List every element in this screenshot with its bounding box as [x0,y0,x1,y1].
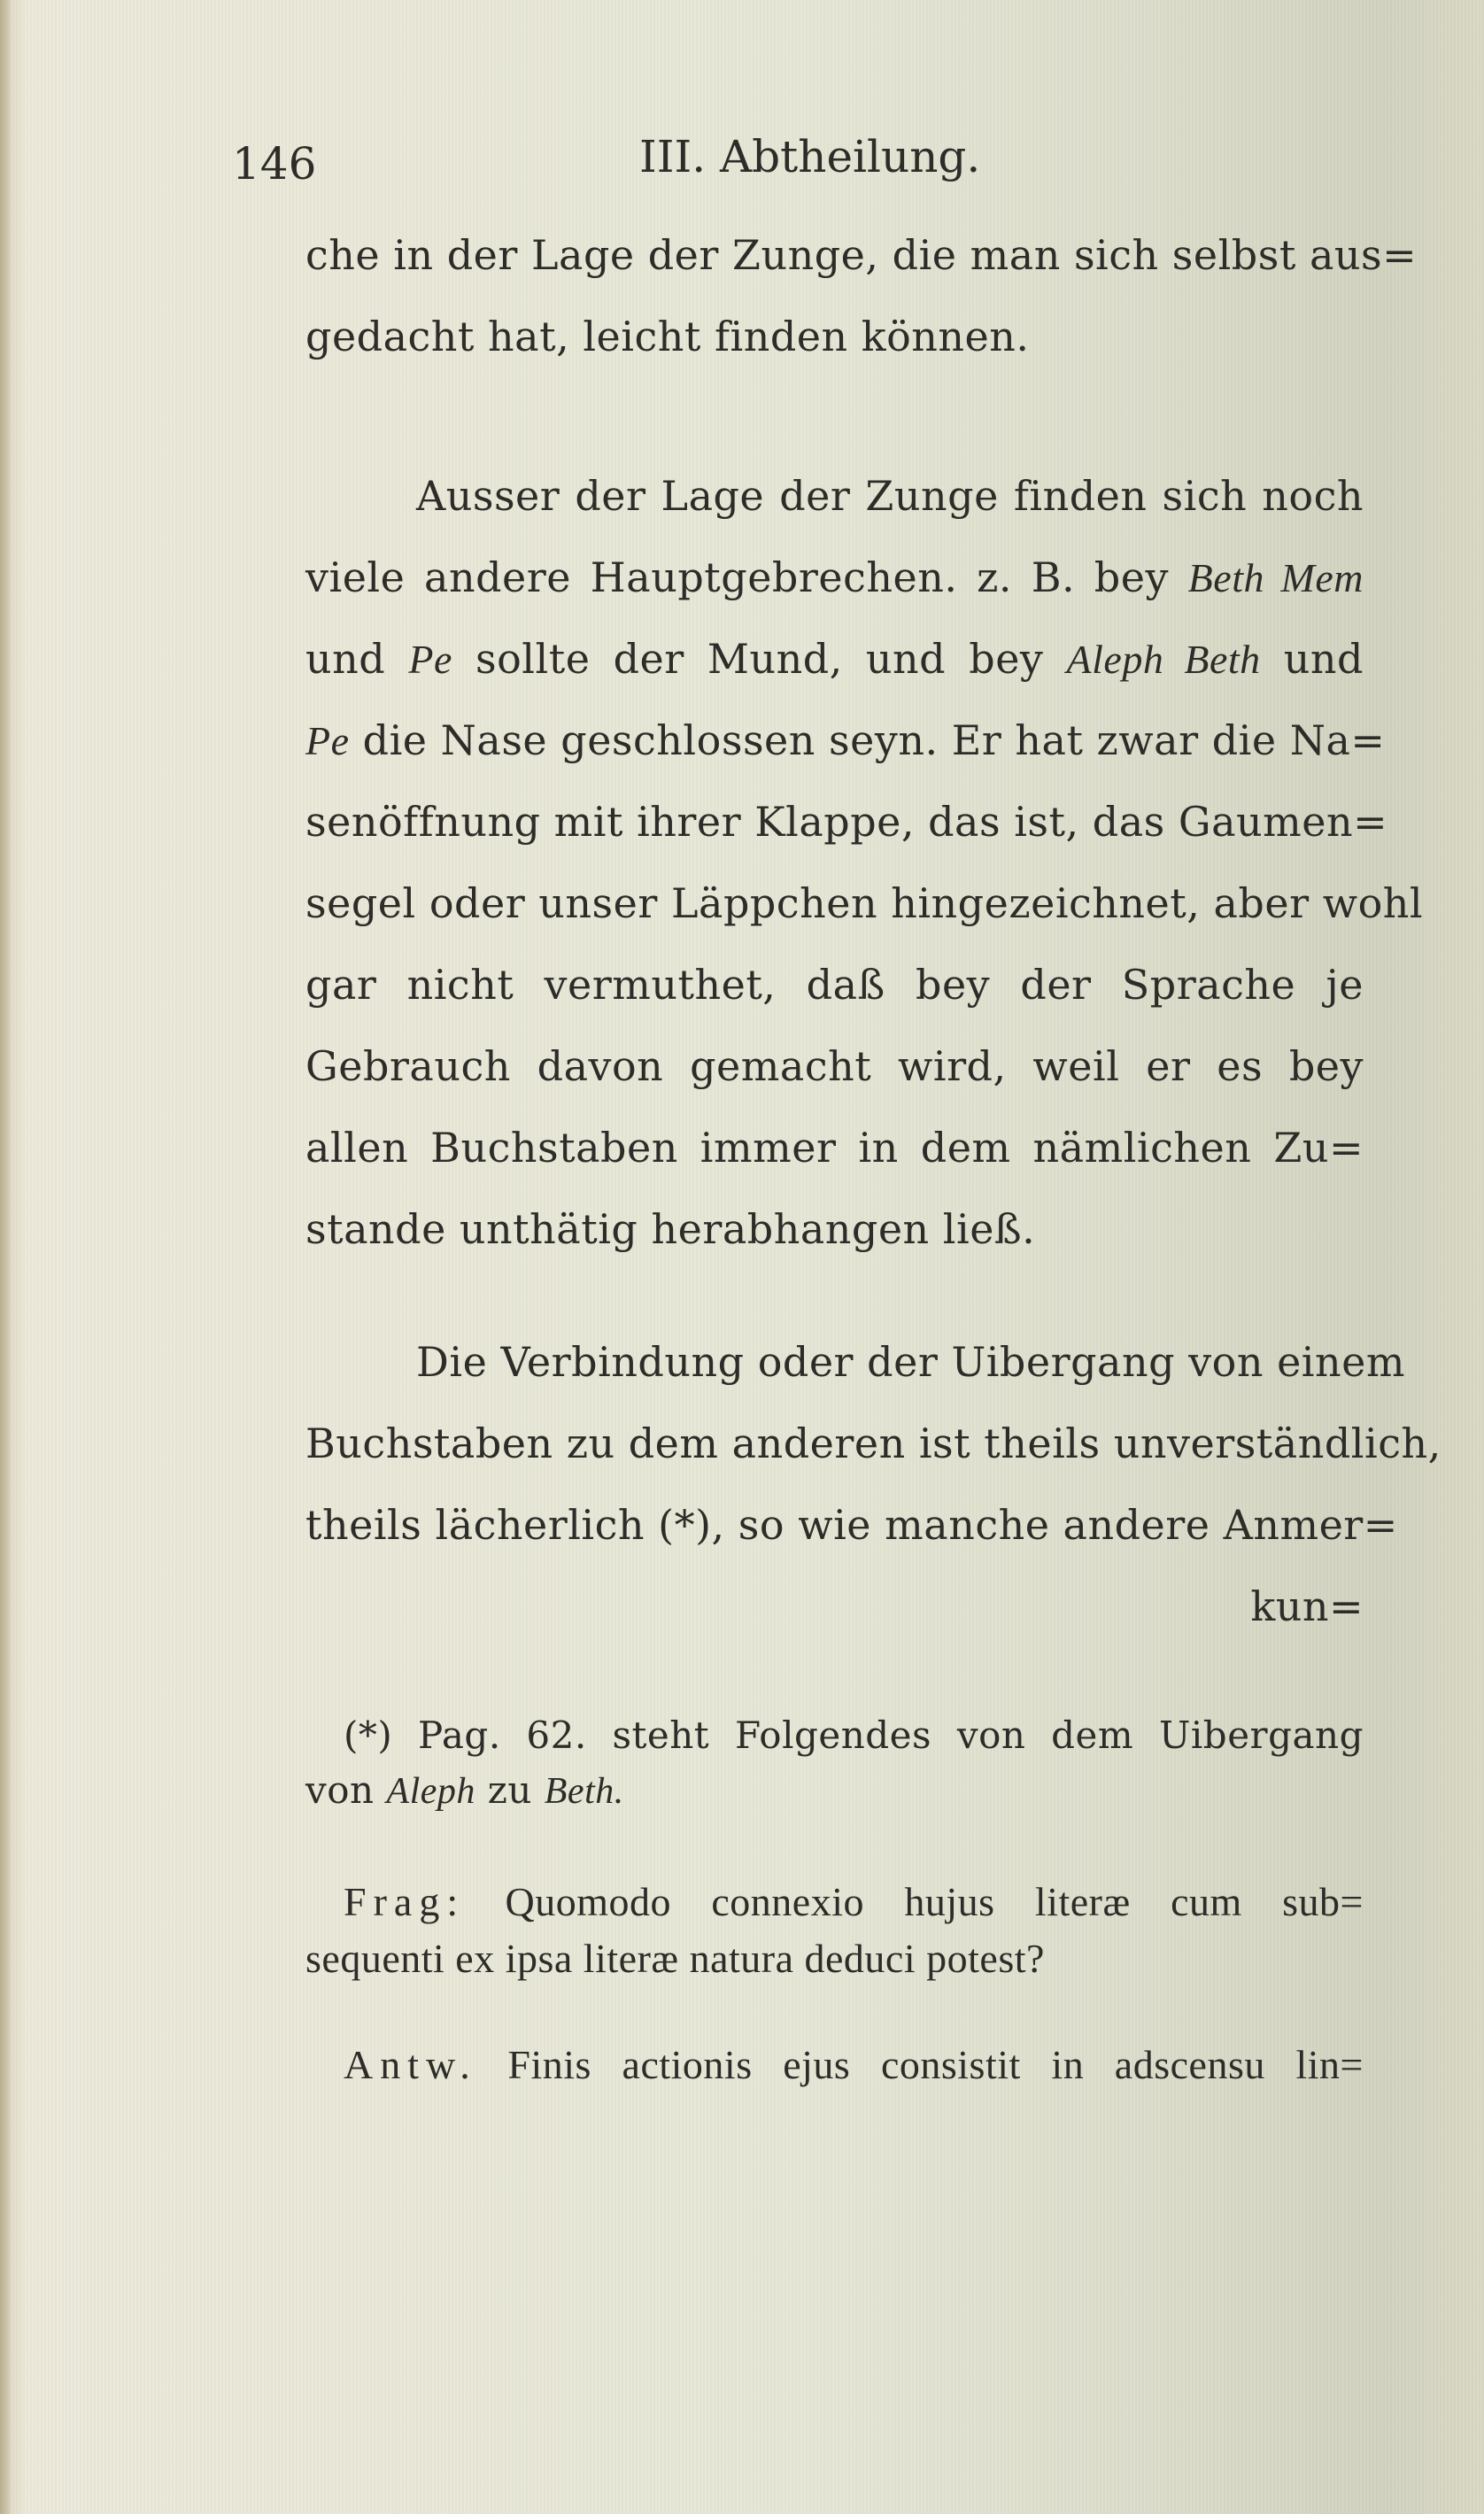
text-line: Die Verbindung oder der Uibergang von ei… [416,1335,1364,1389]
text-line: Buchstaben zu dem anderen ist theils unv… [305,1417,1364,1470]
text-line: viele andere Hauptgebrechen. z. B. bey B… [305,551,1364,605]
text-line: gedacht hat, leicht finden können. [305,310,1364,363]
footnote-answer-line: Antw. Finis actionis ejus consistit in a… [344,2038,1364,2092]
book-page: 146 III. Abtheilung. che in der Lage der… [0,0,1484,2514]
text-line: theils lächerlich (*), so wie manche and… [305,1498,1364,1551]
footnote-line: von Aleph zu Beth. [305,1764,1364,1818]
answer-label: Antw. [344,2042,477,2087]
catchword: kun= [305,1580,1364,1633]
text-line: Ausser der Lage der Zunge finden sich no… [416,469,1364,522]
text-line: senöffnung mit ihrer Klappe, das ist, da… [305,795,1364,848]
text-span: von [305,1768,386,1812]
text-line: segel oder unser Läppchen hingezeichnet,… [305,877,1364,930]
text-span: Quomodo connexio hujus literæ cum sub= [465,1879,1364,1924]
italic-term: Pe [305,718,350,763]
text-span: und [1261,635,1364,683]
text-line: und Pe sollte der Mund, und bey Aleph Be… [305,632,1364,686]
text-line: allen Buchstaben immer in dem nämlichen … [305,1121,1364,1174]
italic-term: Beth Mem [1188,555,1364,600]
italic-term: Aleph [386,1771,475,1812]
footnote-line: (*) Pag. 62. steht Folgendes von dem Uib… [344,1709,1364,1762]
text-span: sollte der Mund, und bey [452,635,1067,683]
italic-term: Pe [408,637,452,682]
text-span: zu [475,1768,545,1812]
text-span: viele andere Hauptgebrechen. z. B. bey [305,553,1188,601]
text-line: gar nicht vermuthet, daß bey der Sprache… [305,958,1364,1011]
page-number: 146 [232,138,316,190]
text-line: Pe die Nase geschlossen seyn. Er hat zwa… [305,714,1364,768]
text-span: die Nase geschlossen seyn. Er hat zwar d… [350,716,1386,764]
page-spine-edge [0,0,11,2514]
italic-term: Aleph Beth [1067,637,1261,682]
text-line: Gebrauch davon gemacht wird, weil er es … [305,1040,1364,1093]
italic-term: Beth. [545,1771,624,1812]
footnote-question-line: Frag: Quomodo connexio hujus literæ cum … [344,1876,1364,1929]
text-line: stande unthätig herabhangen ließ. [305,1203,1364,1256]
footnote-question-line: sequenti ex ipsa literæ natura deduci po… [305,1932,1364,1985]
question-label: Frag: [344,1879,465,1924]
running-title: III. Abtheilung. [639,131,980,182]
text-span: und [305,635,408,683]
text-line: che in der Lage der Zunge, die man sich … [305,228,1364,282]
text-span: Finis actionis ejus consistit in adscens… [477,2042,1364,2087]
page-header: 146 III. Abtheilung. [232,131,1117,193]
